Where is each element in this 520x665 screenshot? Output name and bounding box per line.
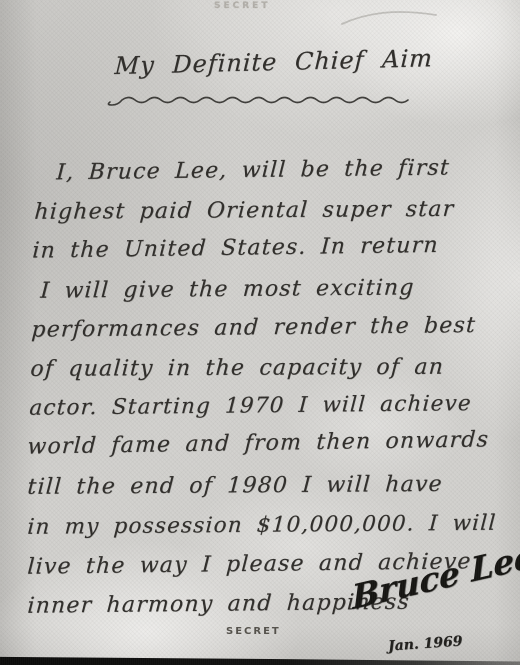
letter-line: till the end of 1980 I will have — [0, 472, 520, 516]
secret-stamp-top: SECRET — [214, 1, 270, 11]
letter-line: of quality in the capacity of an — [0, 354, 520, 396]
photocopy-page: SECRET My Definite Chief Aim I, Bruce Le… — [0, 0, 520, 665]
title-underline-squiggle — [104, 90, 410, 106]
letter-line: in my possession $10,000,000. I will — [0, 511, 520, 555]
secret-stamp-bottom: SECRET — [226, 626, 281, 637]
letter-line: I, Bruce Lee, will be the first — [0, 155, 520, 201]
letter-line: world fame and from then onwards — [0, 427, 520, 475]
letter-line: in the United States. In return — [0, 232, 520, 278]
pencil-mark — [340, 6, 440, 30]
paper-edge-shadow — [0, 651, 520, 665]
letter-line: I will give the most exciting — [0, 274, 520, 318]
letter-title: My Definite Chief Aim — [114, 44, 434, 80]
signature-date: Jan. 1969 — [388, 633, 464, 654]
letter-line: performances and render the best — [0, 312, 520, 357]
